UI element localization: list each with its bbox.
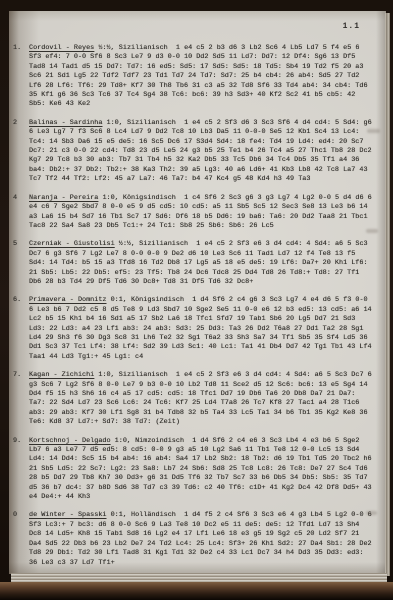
game-opening: Königsindisch xyxy=(123,296,184,304)
game-result: 1:0 xyxy=(111,437,127,445)
game-entry: 4Naranja - Pereira1:0Königsindisch1 c4 S… xyxy=(29,194,372,232)
game-number: 7. xyxy=(13,371,21,380)
pencil-smudge xyxy=(366,229,378,233)
scan-photo: 1.1 1.Cordovil - Reyes½:½Sizilianisch1 e… xyxy=(0,0,393,600)
page-edge-right xyxy=(385,13,390,576)
game-result: 1:0 xyxy=(102,119,118,127)
page-edge-bottom xyxy=(11,573,387,582)
game-opening: Sizilianisch xyxy=(131,240,188,248)
book-cover-bottom xyxy=(0,582,393,600)
game-moves: 1 e4 c5 2 Sf3 d6 3 Sc3 Sf6 4 d4 cd4: 5 S… xyxy=(29,119,372,183)
page-number: 1.1 xyxy=(343,22,360,31)
game-players: Naranja - Pereira xyxy=(29,194,98,202)
game-result: 0:1 xyxy=(107,296,123,304)
game-opening: Königsindisch xyxy=(115,194,176,202)
game-number: 9. xyxy=(13,437,21,446)
game-players: Czerniak - Giustolisi xyxy=(29,240,115,248)
game-list: 1.Cordovil - Reyes½:½Sizilianisch1 e4 c5… xyxy=(29,44,372,577)
game-moves: 1 d4 Sf6 2 c4 g6 3 Sc3 Lg7 4 e4 d6 5 f3 … xyxy=(29,296,372,360)
game-result: 0:1 xyxy=(107,511,123,519)
game-opening: Sizilianisch xyxy=(111,371,168,379)
game-entry: 1.Cordovil - Reyes½:½Sizilianisch1 e4 c5… xyxy=(29,44,372,110)
game-opening: Sizilianisch xyxy=(111,44,168,52)
game-entry: 0de Winter - Spasski0:1Holländisch1 d4 f… xyxy=(29,511,372,567)
game-moves: 1 e4 c5 2 b3 d6 3 Lb2 Sc6 4 Lb5 Ld7 5 f4… xyxy=(29,44,368,108)
game-result: 1:0 xyxy=(98,194,114,202)
game-players: Kagan - Zichichi xyxy=(29,371,94,379)
pencil-smudge xyxy=(366,511,377,515)
game-players: Primavera - Domnitz xyxy=(29,296,107,304)
game-result: 1:0 xyxy=(94,371,110,379)
game-number: 2 xyxy=(13,119,17,128)
game-players: Kortschnoj - Delgado xyxy=(29,437,111,445)
game-result: ½:½ xyxy=(94,44,110,52)
game-moves: 1 d4 f5 2 c4 Sf6 3 Sc3 e6 4 g3 Lb4 5 Lg2… xyxy=(29,511,372,566)
game-moves: 1 d4 Sf6 2 c4 e6 3 Sc3 Lb4 4 e3 b6 5 Sge… xyxy=(29,437,372,501)
bulletin-page: 1.1 1.Cordovil - Reyes½:½Sizilianisch1 e… xyxy=(9,11,386,574)
game-entry: 7.Kagan - Zichichi1:0Sizilianisch1 e4 c5… xyxy=(29,371,372,427)
game-number: 0 xyxy=(13,511,17,520)
game-players: Balinas - Sardinha xyxy=(29,119,102,127)
game-players: Cordovil - Reyes xyxy=(29,44,94,52)
game-result: ½:½ xyxy=(115,240,131,248)
game-players: de Winter - Spasski xyxy=(29,511,107,519)
game-number: 1. xyxy=(13,44,21,53)
game-opening: Nimzoindisch xyxy=(127,437,184,445)
game-opening: Holländisch xyxy=(123,511,176,519)
game-number: 6. xyxy=(13,296,21,305)
game-entry: 6.Primavera - Domnitz0:1Königsindisch1 d… xyxy=(29,296,372,362)
game-number: 5 xyxy=(13,240,17,249)
game-entry: 5Czerniak - Giustolisi½:½Sizilianisch1 e… xyxy=(29,240,372,287)
game-entry: 9.Kortschnoj - Delgado1:0Nimzoindisch1 d… xyxy=(29,437,372,503)
game-opening: Sizilianisch xyxy=(119,119,176,127)
pencil-smudge xyxy=(367,129,380,133)
game-number: 4 xyxy=(13,194,17,203)
game-moves: 1 e4 c5 2 Sf3 e6 3 d4 cd4: 4 Sd4: a6 5 S… xyxy=(29,371,372,426)
game-entry: 2Balinas - Sardinha1:0Sizilianisch1 e4 c… xyxy=(29,119,372,185)
